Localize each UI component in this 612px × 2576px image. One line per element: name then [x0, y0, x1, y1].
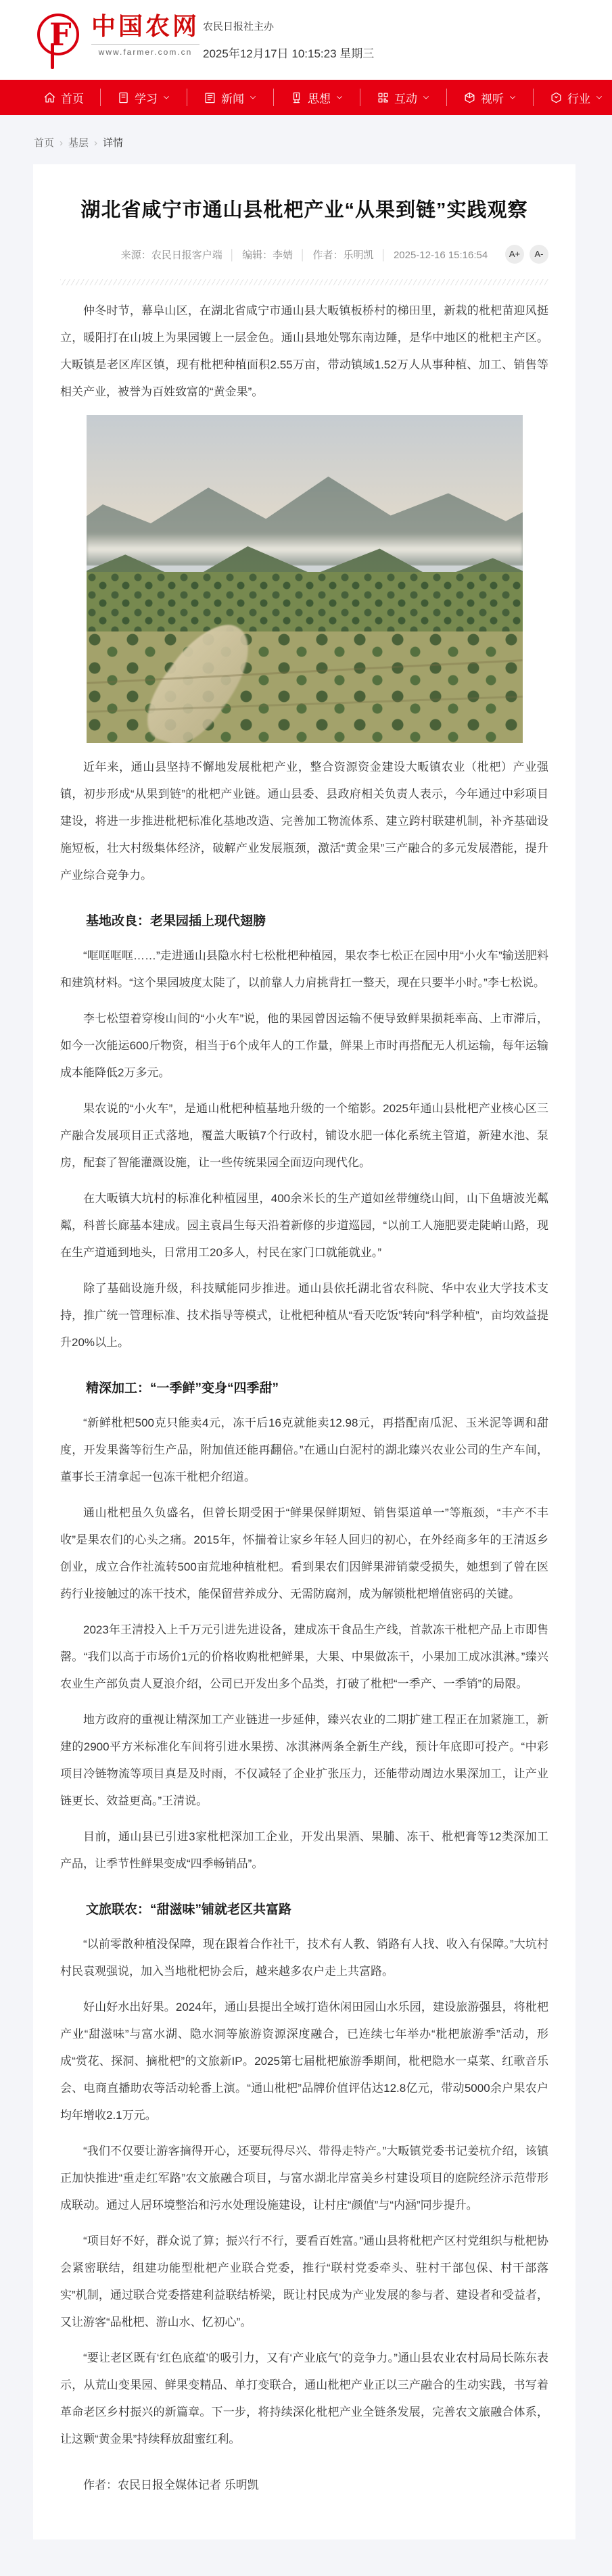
section-heading: 文旅联农：“甜滋味”铺就老区共富路 [60, 1898, 548, 1922]
article-paragraph: 李七松望着穿梭山间的“小火车”说，他的果园曾因运输不便导致鲜果损耗率高、上市滞后… [60, 1005, 548, 1087]
idea-icon [290, 91, 303, 104]
breadcrumb-separator: › [60, 137, 63, 149]
article-card: 湖北省咸宁市通山县枇杷产业“从果到链”实践观察 来源：农民日报客户端│编辑：李婧… [33, 164, 575, 2539]
header-datetime: 2025年12月17日 10:15:23 星期三 [203, 44, 374, 61]
article-title: 湖北省咸宁市通山县枇杷产业“从果到链”实践观察 [60, 197, 548, 224]
meta-author: 作者：乐明凯 [313, 249, 374, 261]
article-paragraph: 果农说的“小火车”，是通山枇杷种植基地升级的一个缩影。2025年通山县枇杷产业核… [60, 1095, 548, 1176]
article-paragraph: “哐哐哐哐……”走进通山县隐水村七松枇杷种植园，果农李七松正在园中用“小火车”输… [60, 943, 548, 997]
site-logo[interactable]: F 中国农网 www.farmer.com.cn [37, 12, 199, 69]
news-icon [204, 91, 216, 104]
article-paragraph: “项目好不好，群众说了算；振兴行不行，要看百姓富。”通山县将枇杷产区村党组织与枇… [60, 2228, 548, 2336]
article-paragraph: 近年来，通山县坚持不懈地发展枇杷产业，整合资源资金建设大畈镇农业（枇杷）产业强镇… [60, 754, 548, 889]
nav-item-首页[interactable]: 首页 [27, 89, 101, 106]
breadcrumb-item-详情: 详情 [103, 137, 123, 149]
site-url: www.farmer.com.cn [91, 44, 199, 57]
chevron-down-icon [162, 93, 170, 101]
home-icon [43, 91, 56, 104]
meta-separator: │ [229, 249, 235, 261]
nav-item-学习[interactable]: 学习 [101, 89, 187, 106]
nav-item-行业[interactable]: 行业 [534, 89, 612, 106]
article-photo-orchard [87, 415, 523, 743]
font-increase-button[interactable]: A+ [505, 245, 524, 264]
meta-separator: │ [381, 249, 387, 261]
page: { "colors": { "nav_red": "#e60012", "bra… [0, 0, 612, 2576]
article-paragraph: 仲冬时节，幕阜山区，在湖北省咸宁市通山县大畈镇板桥村的梯田里，新栽的枇杷苗迎风挺… [60, 297, 548, 406]
breadcrumb-item-首页[interactable]: 首页 [34, 137, 54, 149]
chevron-down-icon [595, 93, 603, 101]
book-icon [117, 91, 130, 104]
article-paragraph: 地方政府的重视让精深加工产业链进一步延伸，臻兴农业的二期扩建工程正在加紧施工，新… [60, 1707, 548, 1815]
main-nav: 首页学习新闻思想互动视听行业 [0, 80, 612, 115]
article-paragraph: “我们不仅要让游客摘得开心，还要玩得尽兴、带得走特产。”大畈镇党委书记姜杭介绍，… [60, 2138, 548, 2219]
chevron-down-icon [335, 93, 344, 101]
article-paragraph: 除了基础设施升级，科技赋能同步推进。通山县依托湖北省农科院、华中农业大学技术支持… [60, 1275, 548, 1356]
site-header: F 中国农网 www.farmer.com.cn 农民日报社主办 2025年12… [0, 0, 612, 80]
nav-item-label: 首页 [61, 89, 84, 106]
site-name: 中国农网 [91, 12, 199, 41]
meta-divider [60, 279, 548, 285]
section-heading: 精深加工：“一季鲜”变身“四季甜” [60, 1377, 548, 1401]
nav-item-视听[interactable]: 视听 [447, 89, 534, 106]
media-icon [463, 91, 476, 104]
main-nav-list: 首页学习新闻思想互动视听行业 [0, 80, 612, 115]
article-paragraph: 2023年王清投入上千万元引进先进设备，建成冻干食品生产线，首款冻干枇杷产品上市… [60, 1617, 548, 1698]
nav-item-label: 新闻 [221, 89, 244, 106]
article-paragraph: 通山枇杷虽久负盛名，但曾长期受困于“鲜果保鲜期短、销售渠道单一”等瓶颈，“丰产不… [60, 1500, 548, 1608]
nav-item-思想[interactable]: 思想 [274, 89, 360, 106]
article-content: 仲冬时节，幕阜山区，在湖北省咸宁市通山县大畈镇板桥村的梯田里，新栽的枇杷苗迎风挺… [60, 297, 548, 2499]
nav-item-label: 视听 [481, 89, 504, 106]
chevron-down-icon [509, 93, 517, 101]
chevron-down-icon [249, 93, 257, 101]
nav-item-label: 行业 [567, 89, 590, 106]
meta-editor: 编辑：李婧 [242, 249, 293, 261]
article-meta: 来源：农民日报客户端│编辑：李婧│作者：乐明凯│2025-12-16 15:16… [60, 247, 548, 262]
chevron-down-icon [422, 93, 430, 101]
meta-datetime: 2025-12-16 15:16:54 [394, 249, 488, 261]
nav-item-新闻[interactable]: 新闻 [187, 89, 274, 106]
breadcrumb: 首页›基层›详情 [0, 115, 612, 159]
article-author-line: 作者：农民日报全媒体记者 乐明凯 [60, 2472, 548, 2499]
article-paragraph: “以前零散种植没保障，现在跟着合作社干，技术有人教、销路有人找、收入有保障。”大… [60, 1931, 548, 1985]
meta-separator: │ [300, 249, 306, 261]
grid-icon [377, 91, 390, 104]
font-decrease-button[interactable]: A- [529, 245, 548, 264]
article-paragraph: “要让老区既有‘红色底蕴’的吸引力，又有‘产业底气’的竞争力。”通山县农业农村局… [60, 2345, 548, 2453]
nav-item-label: 学习 [135, 89, 158, 106]
sponsor-text: 农民日报社主办 [203, 19, 374, 33]
article-paragraph: “新鲜枇杷500克只能卖4元，冻干后16克就能卖12.98元，再搭配南瓜泥、玉米… [60, 1410, 548, 1491]
section-heading: 基地改良：老果园插上现代翅膀 [60, 909, 548, 934]
article-paragraph: 在大畈镇大坑村的标准化种植园里，400余米长的生产道如丝带缠绕山间，山下鱼塘波光… [60, 1185, 548, 1266]
site-logo-icon: F [37, 12, 82, 69]
breadcrumb-separator: › [94, 137, 97, 149]
breadcrumb-item-基层[interactable]: 基层 [68, 137, 89, 149]
article-paragraph: 目前，通山县已引进3家枇杷深加工企业，开发出果酒、果脯、冻干、枇杷膏等12类深加… [60, 1823, 548, 1878]
article-paragraph: 好山好水出好果。2024年，通山县提出全域打造休闲田园山水乐园，建设旅游强县，将… [60, 1994, 548, 2129]
cube-icon [550, 91, 563, 104]
nav-item-label: 思想 [308, 89, 331, 106]
nav-item-label: 互动 [394, 89, 417, 106]
meta-source: 来源：农民日报客户端 [121, 249, 222, 261]
nav-item-互动[interactable]: 互动 [360, 89, 447, 106]
